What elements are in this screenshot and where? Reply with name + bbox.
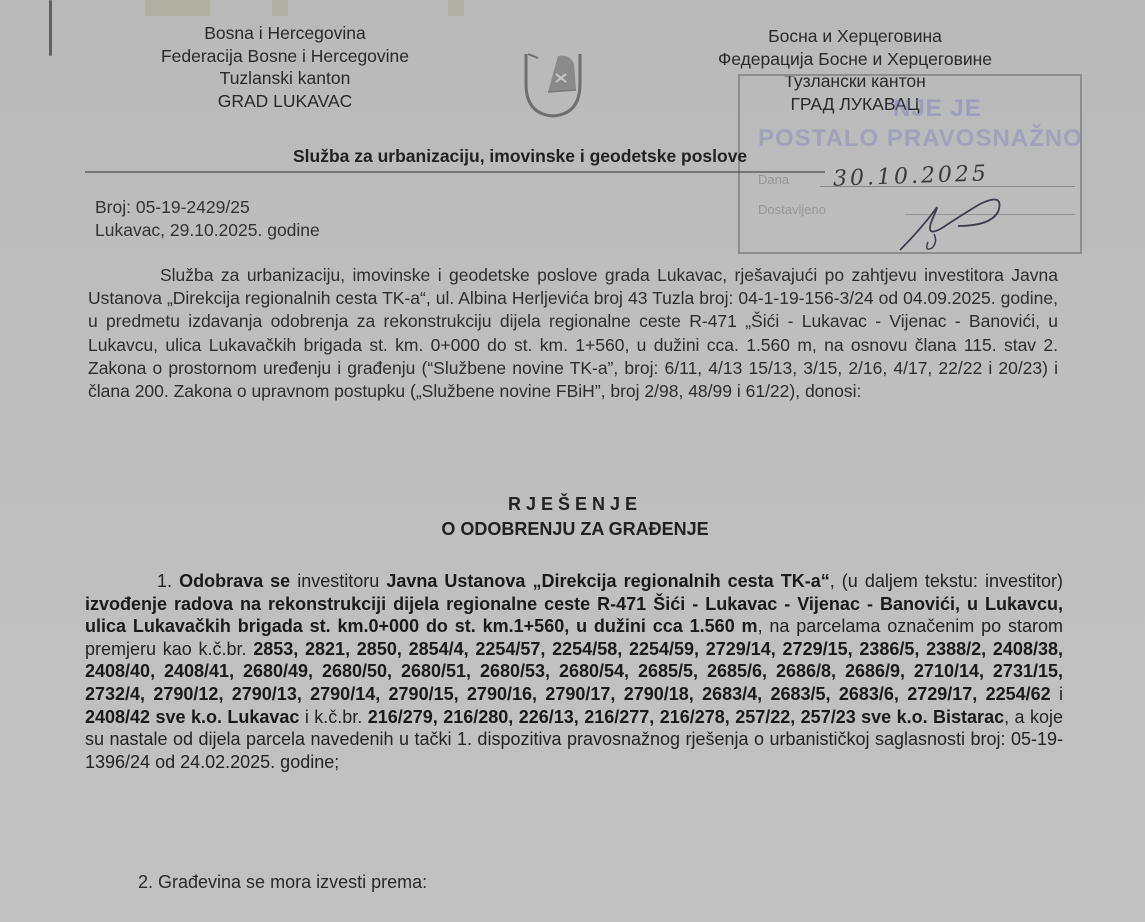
item-number: 1. [157, 571, 172, 591]
stamp-title-line2: POSTALO PRAVOSNAŽNO [758, 125, 1083, 153]
canton-name: Tuzlanski kanton [110, 67, 460, 90]
country-name: Bosna i Hercegovina [110, 22, 460, 45]
item-text: investitoru [290, 571, 386, 591]
item-text: , (u daljem tekstu: investitor) [830, 571, 1063, 591]
reference-block: Broj: 05-19-2429/25 Lukavac, 29.10.2025.… [95, 196, 320, 242]
parcel-list-bistarac: 216/279, 216/280, 226/13, 216/277, 216/2… [368, 707, 1004, 727]
document-number: Broj: 05-19-2429/25 [95, 196, 320, 219]
top-edge-tint [145, 0, 210, 16]
stamp-title-line1: NJE JE [893, 95, 982, 123]
decision-item-2: 2. Građevina se mora izvesti prema: [138, 872, 427, 893]
cadastral-municipality-lukavac: 2408/42 sve k.o. Lukavac [85, 707, 299, 727]
decision-title: RJEŠENJE [340, 492, 810, 517]
top-edge-tint [448, 0, 464, 16]
decision-item-1: 1. Odobrava se investitoru Javna Ustanov… [85, 570, 1063, 773]
item-text-bold: Odobrava se [179, 571, 290, 591]
header-latin: Bosna i Hercegovina Federacija Bosne i H… [110, 22, 460, 112]
document-page: Bosna i Hercegovina Federacija Bosne i H… [0, 0, 1145, 922]
item-text: i [1051, 684, 1063, 704]
signature-icon [880, 190, 1020, 260]
stamp-date-label: Dana [758, 172, 789, 187]
place-and-date: Lukavac, 29.10.2025. godine [95, 219, 320, 242]
department-title: Služba za urbanizaciju, imovinske i geod… [293, 146, 747, 167]
country-name-cyrillic: Босна и Херцеговина [670, 25, 1040, 48]
item-text: i k.č.br. [299, 707, 367, 727]
coat-of-arms-icon [518, 44, 588, 120]
intro-paragraph: Služba za urbanizaciju, imovinske i geod… [88, 264, 1058, 403]
decision-heading: RJEŠENJE O ODOBRENJU ZA GRAĐENJE [340, 492, 810, 542]
top-edge-tint [272, 0, 288, 16]
federation-name: Federacija Bosne i Hercegovine [110, 45, 460, 68]
header-divider [85, 171, 825, 173]
decision-subtitle: O ODOBRENJU ZA GRAĐENJE [340, 517, 810, 542]
binder-edge-mark [49, 0, 52, 56]
investor-name: Javna Ustanova „Direkcija regionalnih ce… [386, 571, 829, 591]
city-name: GRAD LUKAVAC [110, 90, 460, 113]
federation-name-cyrillic: Федерација Босне и Херцеговине [670, 48, 1040, 71]
stamp-delivered-label: Dostavljeno [758, 202, 826, 217]
